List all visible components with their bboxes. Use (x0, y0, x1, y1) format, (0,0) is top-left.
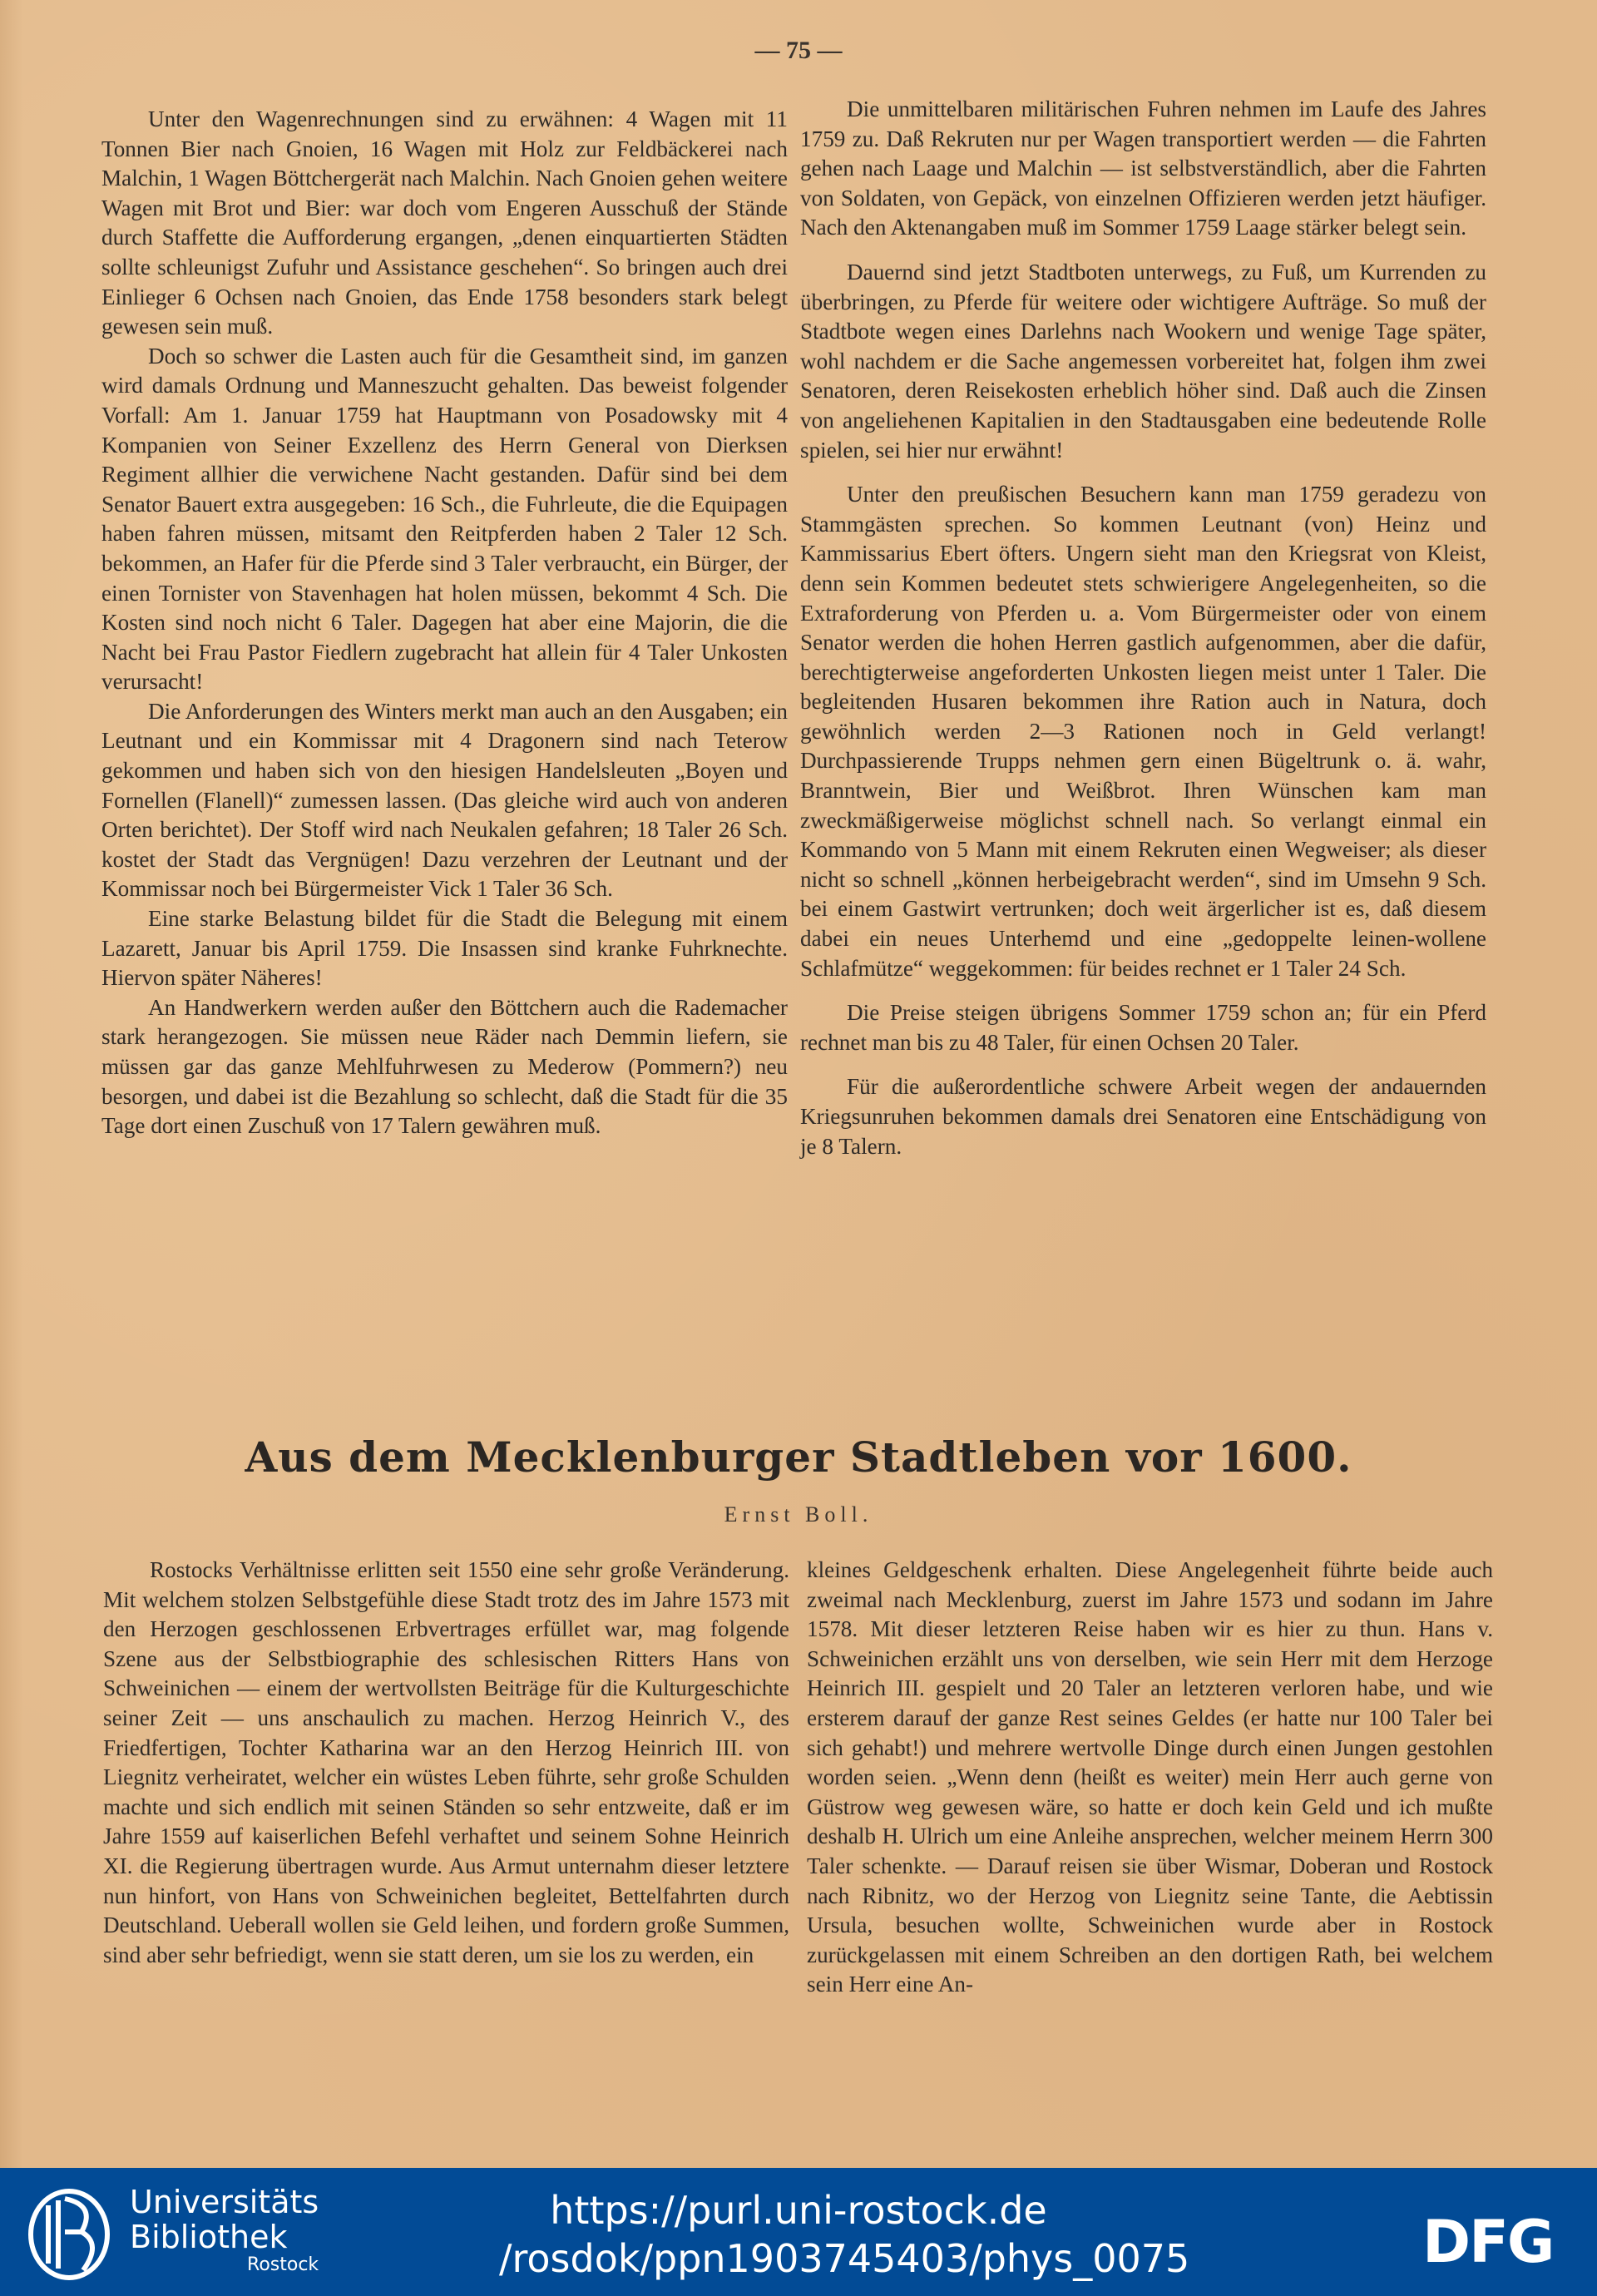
paragraph: Eine starke Belastung bildet für die Sta… (101, 904, 788, 993)
paragraph: Für die außerordentliche schwere Arbeit … (800, 1072, 1486, 1161)
dfg-logo: DFG (1422, 2208, 1553, 2276)
upper-right-column: Die unmittelbaren militärischen Fuhren n… (800, 95, 1486, 1161)
persistent-url[interactable]: https://purl.uni-rostock.de /rosdok/ppn1… (499, 2186, 1098, 2283)
paragraph: Die Anforderungen des Winters merkt man … (101, 697, 788, 904)
article-right-column: kleines Geldgeschenk erhalten. Diese Ang… (807, 1556, 1493, 2000)
library-name: Universitäts Bibliothek Rostock (130, 2186, 319, 2274)
paragraph: Unter den preußischen Besuchern kann man… (800, 480, 1486, 983)
library-name-line1: Universitäts (130, 2186, 319, 2218)
paragraph: Dauernd sind jetzt Stadtboten unterwegs,… (800, 258, 1486, 465)
paragraph: An Handwerkern werden außer den Böttcher… (101, 993, 788, 1141)
university-library-logo-icon (23, 2189, 115, 2280)
purl-link-line2[interactable]: /rosdok/ppn1903745403/phys_0075 (499, 2234, 1098, 2283)
paragraph: Unter den Wagenrechnungen sind zu erwähn… (101, 105, 788, 342)
upper-left-column: Unter den Wagenrechnungen sind zu erwähn… (101, 105, 788, 1141)
library-name-line2: Bibliothek (130, 2221, 319, 2253)
article-title: Aus dem Mecklenburger Stadtleben vor 160… (0, 1433, 1597, 1482)
paragraph: kleines Geldgeschenk erhalten. Diese Ang… (807, 1556, 1493, 2000)
article-left-column: Rostocks Verhältnisse erlitten seit 1550… (103, 1556, 789, 1970)
library-city: Rostock (130, 2256, 319, 2274)
paragraph: Die unmittelbaren militärischen Fuhren n… (800, 95, 1486, 243)
page-number: — 75 — (0, 37, 1597, 65)
footer-banner: Universitäts Bibliothek Rostock https://… (0, 2168, 1597, 2296)
paragraph: Die Preise steigen übrigens Sommer 1759 … (800, 998, 1486, 1057)
paragraph: Doch so schwer die Lasten auch für die G… (101, 342, 788, 697)
paragraph: Rostocks Verhältnisse erlitten seit 1550… (103, 1556, 789, 1970)
article-author: Ernst Boll. (0, 1502, 1597, 1527)
purl-link-line1[interactable]: https://purl.uni-rostock.de (499, 2186, 1098, 2234)
